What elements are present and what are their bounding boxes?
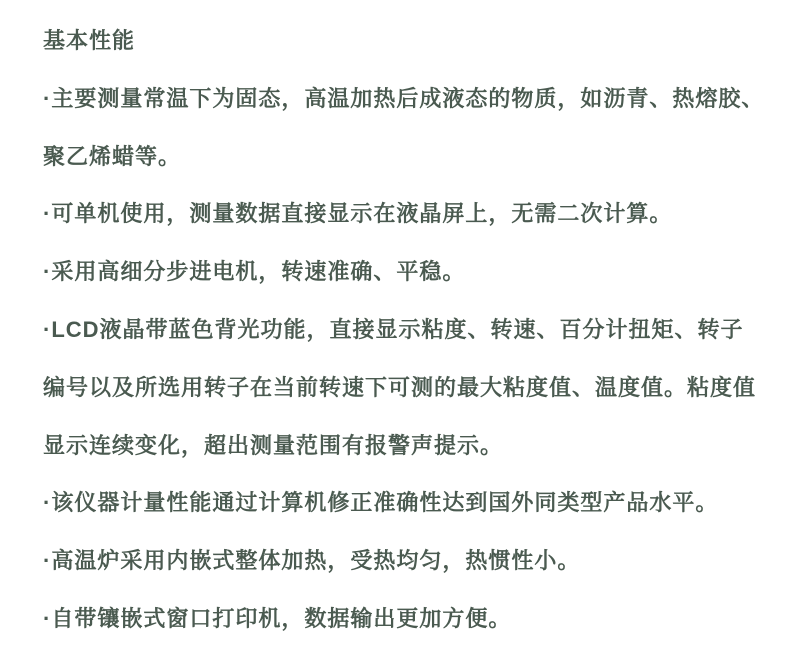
feature-item: ·该仪器计量性能通过计算机修正准确性达到国外同类型产品水平。 bbox=[43, 474, 780, 532]
feature-item: ·高温炉采用内嵌式整体加热，受热均匀，热惯性小。 bbox=[43, 532, 780, 590]
feature-item: ·可单机使用，测量数据直接显示在液晶屏上，无需二次计算。 bbox=[43, 185, 780, 243]
product-description-page: 基本性能 ·主要测量常温下为固态，高温加热后成液态的物质，如沥青、热熔胶、 聚乙… bbox=[0, 0, 800, 672]
section-title: 基本性能 bbox=[43, 12, 780, 70]
feature-line: 聚乙烯蜡等。 bbox=[43, 128, 780, 186]
feature-line: ·该仪器计量性能通过计算机修正准确性达到国外同类型产品水平。 bbox=[43, 474, 780, 532]
feature-item: ·自带镶嵌式窗口打印机，数据输出更加方便。 bbox=[43, 590, 780, 648]
feature-item: ·LCD液晶带蓝色背光功能，直接显示粘度、转速、百分计扭矩、转子 编号以及所选用… bbox=[43, 301, 780, 474]
feature-line: ·高温炉采用内嵌式整体加热，受热均匀，热惯性小。 bbox=[43, 532, 780, 590]
feature-line: ·LCD液晶带蓝色背光功能，直接显示粘度、转速、百分计扭矩、转子 bbox=[43, 301, 780, 359]
feature-item: ·主要测量常温下为固态，高温加热后成液态的物质，如沥青、热熔胶、 聚乙烯蜡等。 bbox=[43, 70, 780, 186]
feature-line: 显示连续变化，超出测量范围有报警声提示。 bbox=[43, 417, 780, 475]
feature-line: ·主要测量常温下为固态，高温加热后成液态的物质，如沥青、热熔胶、 bbox=[43, 70, 780, 128]
feature-item: ·采用高细分步进电机，转速准确、平稳。 bbox=[43, 243, 780, 301]
feature-line: ·采用高细分步进电机，转速准确、平稳。 bbox=[43, 243, 780, 301]
feature-line: ·自带镶嵌式窗口打印机，数据输出更加方便。 bbox=[43, 590, 780, 648]
feature-line: 编号以及所选用转子在当前转速下可测的最大粘度值、温度值。粘度值 bbox=[43, 359, 780, 417]
feature-line: ·可单机使用，测量数据直接显示在液晶屏上，无需二次计算。 bbox=[43, 185, 780, 243]
